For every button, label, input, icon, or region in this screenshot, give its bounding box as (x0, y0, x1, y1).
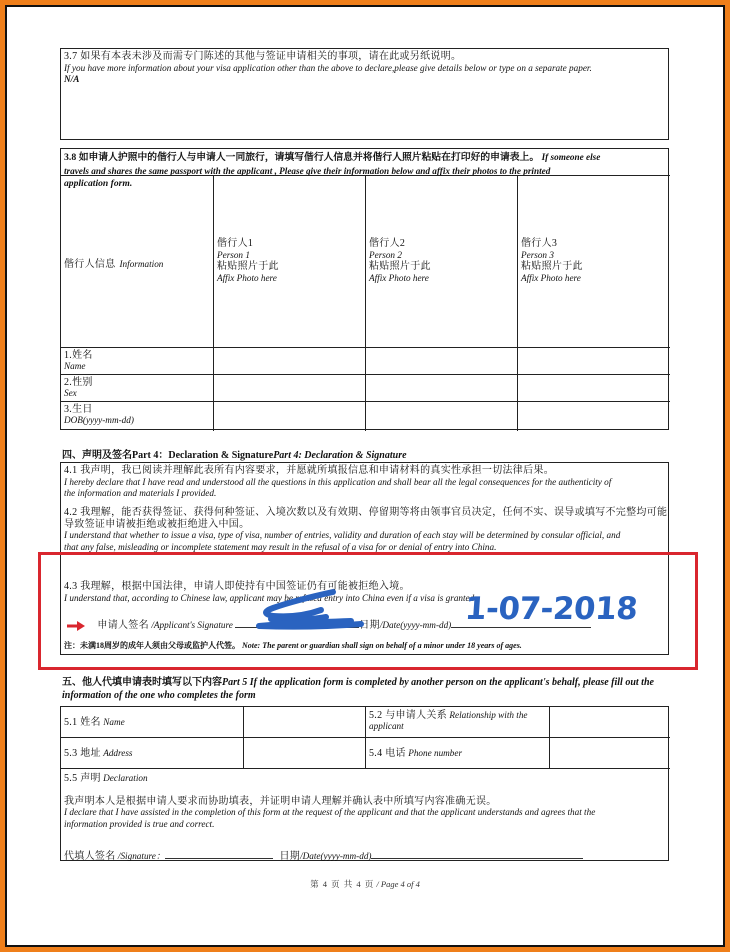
section-3-7-title-en: If you have more information about your … (64, 63, 665, 75)
person-3-photo-zh: 粘贴照片于此 (521, 261, 583, 273)
field-5-1-zh: 5.1 姓名 (64, 717, 101, 728)
info-label-zh: 偕行人信息 (64, 259, 116, 270)
accompanying-persons-table: application form. 偕行人信息 Information 偕行人1… (61, 175, 668, 429)
row-dob-en: DOB(yyyy-mm-dd) (64, 415, 210, 426)
assistant-date-label-zh: 日期 (279, 851, 300, 862)
page-number-en: / Page 4 of 4 (376, 879, 419, 889)
part-4-title-zh: 四、声明及签名Part 4：Declaration & Signature (62, 450, 273, 461)
note-en: Note: The parent or guardian shall sign … (242, 641, 522, 650)
handwritten-signature (251, 588, 376, 630)
page-number-zh: 第 4 页 共 4 页 (310, 879, 374, 889)
declaration-4-2: 4.2 我理解，能否获得签证、获得何种签证、入境次数以及有效期、停留期等将由领事… (61, 505, 668, 555)
assistant-signature-field[interactable] (165, 858, 273, 859)
row-name-en: Name (64, 361, 210, 372)
part-5-assistant-info: 5.1 姓名 Name 5.2 与申请人关系 Relationship with… (60, 706, 669, 861)
person-3-name-field[interactable] (517, 347, 670, 374)
date-label-en: /Date(yyyy-mm-dd) (380, 620, 451, 630)
part-4-title-en: Part 4: Declaration & Signature (273, 450, 406, 461)
field-5-4-en: Phone number (408, 748, 462, 758)
assistant-relationship-input[interactable] (550, 707, 670, 738)
person-1-sex-field[interactable] (213, 374, 365, 401)
declaration-4-2-en-1: I understand that whether to issue a vis… (64, 530, 665, 542)
person-1-dob-field[interactable] (213, 401, 365, 431)
section-3-7-answer[interactable]: N/A (64, 74, 665, 86)
applicant-date-field[interactable] (451, 627, 591, 628)
info-label-en: Information (120, 259, 164, 269)
section-3-8-title-en-1: If someone else (542, 152, 601, 162)
field-5-2-label: 5.2 与申请人关系 Relationship with the applica… (366, 707, 550, 738)
section-3-8-title-en-2: travels and shares the same passport wit… (64, 166, 550, 176)
field-5-1-label: 5.1 姓名 Name (61, 707, 244, 738)
person-1-label-zh: 偕行人1 (217, 238, 279, 250)
row-name-zh: 1.姓名 (64, 350, 210, 361)
person-2-name-field[interactable] (365, 347, 517, 374)
declaration-zh: 我声明本人是根据申请人要求而协助填表，并证明申请人理解并确认表中所填写内容准确无… (64, 796, 665, 808)
assistant-date-field[interactable] (371, 858, 583, 859)
section-3-8-accompanying-persons: 3.8 如申请人护照中的偕行人与申请人一同旅行，请填写偕行人信息并将偕行人照片粘… (60, 148, 669, 430)
visa-form-page-4: 3.7 如果有本表未涉及而需专门陈述的其他与签证申请相关的事项，请在此或另纸说明… (0, 0, 730, 952)
declaration-4-1-en-2: the information and materials I provided… (64, 488, 665, 500)
row-dob-label: 3.生日 DOB(yyyy-mm-dd) (61, 401, 213, 431)
declaration-label-zh: 5.5 声明 (64, 773, 101, 784)
person-1-photo-cell[interactable]: 偕行人1 Person 1 粘贴照片于此 Affix Photo here (213, 175, 365, 347)
arrow-right-icon (67, 621, 85, 631)
row-sex-zh: 2.性别 (64, 377, 210, 388)
declaration-label-en: Declaration (103, 773, 147, 783)
person-3-sex-field[interactable] (517, 374, 670, 401)
assistant-signature-label-en: /Signature： (118, 851, 165, 861)
part-5-title-zh: 五、他人代填申请表时填写以下内容 (62, 677, 222, 688)
row-name-label: 1.姓名 Name (61, 347, 213, 374)
declaration-4-2-en-2: that any false, misleading or incomplete… (64, 542, 665, 554)
signature-label-zh: 申请人签名 (97, 620, 149, 631)
person-2-label-en: Person 2 (369, 250, 431, 262)
declaration-4-1-zh: 4.1 我声明，我已阅读并理解此表所有内容要求，并愿就所填报信息和申请材料的真实… (64, 465, 665, 477)
person-3-photo-en: Affix Photo here (521, 273, 583, 285)
part-5-title: 五、他人代填申请表时填写以下内容Part 5 If the applicatio… (62, 677, 672, 702)
field-5-3-zh: 5.3 地址 (64, 748, 101, 759)
field-5-3-label: 5.3 地址 Address (61, 738, 244, 769)
section-3-8-title-en-3: application form. (64, 178, 210, 189)
declaration-4-2-zh-1: 4.2 我理解，能否获得签证、获得何种签证、入境次数以及有效期、停留期等将由领事… (64, 507, 665, 519)
assistant-phone-input[interactable] (550, 738, 670, 769)
person-3-label-zh: 偕行人3 (521, 238, 583, 250)
assistant-name-input[interactable] (244, 707, 366, 738)
section-3-8-heading: 3.8 如申请人护照中的偕行人与申请人一同旅行，请填写偕行人信息并将偕行人照片粘… (64, 151, 665, 178)
signature-label-en: /Applicant's Signature (151, 620, 233, 630)
section-3-7-title-zh: 3.7 如果有本表未涉及而需专门陈述的其他与签证申请相关的事项，请在此或另纸说明… (64, 51, 665, 63)
field-5-4-zh: 5.4 电话 (369, 748, 406, 759)
person-2-sex-field[interactable] (365, 374, 517, 401)
field-5-3-en: Address (103, 748, 132, 758)
minor-signature-note: 注：未满18周岁的成年人须由父母或监护人代签。 Note: The parent… (64, 640, 522, 651)
person-3-photo-cell[interactable]: 偕行人3 Person 3 粘贴照片于此 Affix Photo here (517, 175, 670, 347)
field-5-2-zh: 5.2 与申请人关系 (369, 710, 447, 721)
person-1-name-field[interactable] (213, 347, 365, 374)
person-1-photo-zh: 粘贴照片于此 (217, 261, 279, 273)
person-1-label-en: Person 1 (217, 250, 279, 262)
declaration-4-2-zh-2: 导致签证申请被拒绝或被拒绝进入中国。 (64, 519, 665, 531)
person-2-label-zh: 偕行人2 (369, 238, 431, 250)
assistant-signature-row: 代填人签名 /Signature： 日期/Date(yyyy-mm-dd) (64, 847, 583, 862)
assistant-address-input[interactable] (244, 738, 366, 769)
person-2-photo-zh: 粘贴照片于此 (369, 261, 431, 273)
part-4-title: 四、声明及签名Part 4：Declaration & SignaturePar… (62, 446, 407, 461)
declaration-en-2: information provided is true and correct… (64, 819, 665, 831)
declaration-4-1-en-1: I hereby declare that I have read and un… (64, 477, 665, 489)
assistant-date-label-en: /Date(yyyy-mm-dd) (300, 851, 371, 861)
declaration-4-1: 4.1 我声明，我已阅读并理解此表所有内容要求，并愿就所填报信息和申请材料的真实… (61, 463, 668, 503)
person-3-dob-field[interactable] (517, 401, 670, 431)
info-label-cell: application form. 偕行人信息 Information (61, 175, 213, 347)
row-dob-zh: 3.生日 (64, 404, 210, 415)
person-1-photo-en: Affix Photo here (217, 273, 279, 285)
assistant-declaration: 5.5 声明 Declaration 我声明本人是根据申请人要求而协助填表，并证… (64, 773, 665, 830)
note-zh: 注：未满18周岁的成年人须由父母或监护人代签。 (64, 641, 240, 650)
person-2-photo-cell[interactable]: 偕行人2 Person 2 粘贴照片于此 Affix Photo here (365, 175, 517, 347)
field-5-1-en: Name (103, 717, 124, 727)
section-3-7-other-info: 3.7 如果有本表未涉及而需专门陈述的其他与签证申请相关的事项，请在此或另纸说明… (60, 48, 669, 140)
part-4-declaration-box: 4.1 我声明，我已阅读并理解此表所有内容要求，并愿就所填报信息和申请材料的真实… (60, 462, 669, 655)
declaration-en-1: I declare that I have assisted in the co… (64, 807, 665, 819)
section-3-8-title-zh: 3.8 如申请人护照中的偕行人与申请人一同旅行，请填写偕行人信息并将偕行人照片粘… (64, 152, 539, 163)
row-sex-label: 2.性别 Sex (61, 374, 213, 401)
field-5-4-label: 5.4 电话 Phone number (366, 738, 550, 769)
person-2-dob-field[interactable] (365, 401, 517, 431)
page-footer: 第 4 页 共 4 页 / Page 4 of 4 (0, 878, 730, 890)
person-2-photo-en: Affix Photo here (369, 273, 431, 285)
assistant-signature-label-zh: 代填人签名 (64, 851, 116, 862)
handwritten-date[interactable]: 1-07-2018 (464, 591, 639, 627)
row-sex-en: Sex (64, 388, 210, 399)
person-3-label-en: Person 3 (521, 250, 583, 262)
